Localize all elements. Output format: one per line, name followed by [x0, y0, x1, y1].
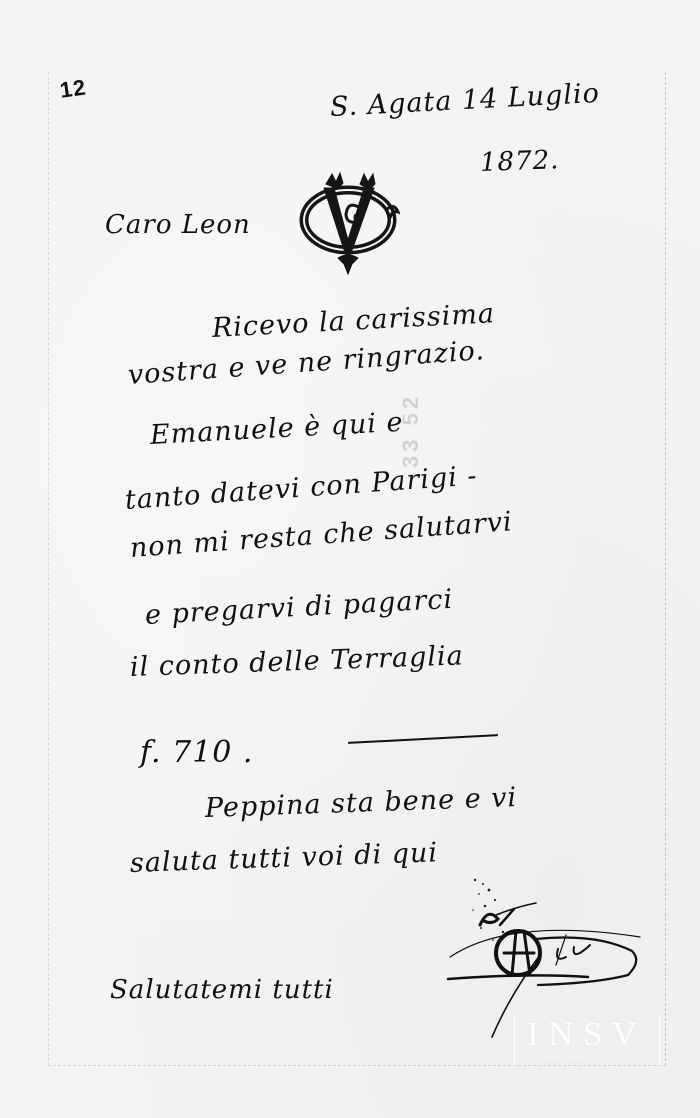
- date-year: 1872.: [479, 145, 559, 178]
- letter-scan: 12 S. Agata 14 Luglio 1872. Caro Leon 33…: [0, 0, 700, 1118]
- salutation: Caro Leon: [105, 210, 251, 240]
- page-number: 12: [58, 74, 88, 103]
- closing: Salutatemi tutti: [110, 975, 334, 1005]
- amount: f. 710 .: [140, 735, 253, 770]
- insv-watermark: INSV Istituto Nazionale di Studi Verdian…: [514, 1016, 660, 1066]
- gv-monogram-icon: [298, 170, 400, 278]
- watermark-letters: INSV: [515, 1016, 659, 1054]
- watermark-subtitle: Istituto Nazionale di Studi Verdiani: [515, 1054, 659, 1062]
